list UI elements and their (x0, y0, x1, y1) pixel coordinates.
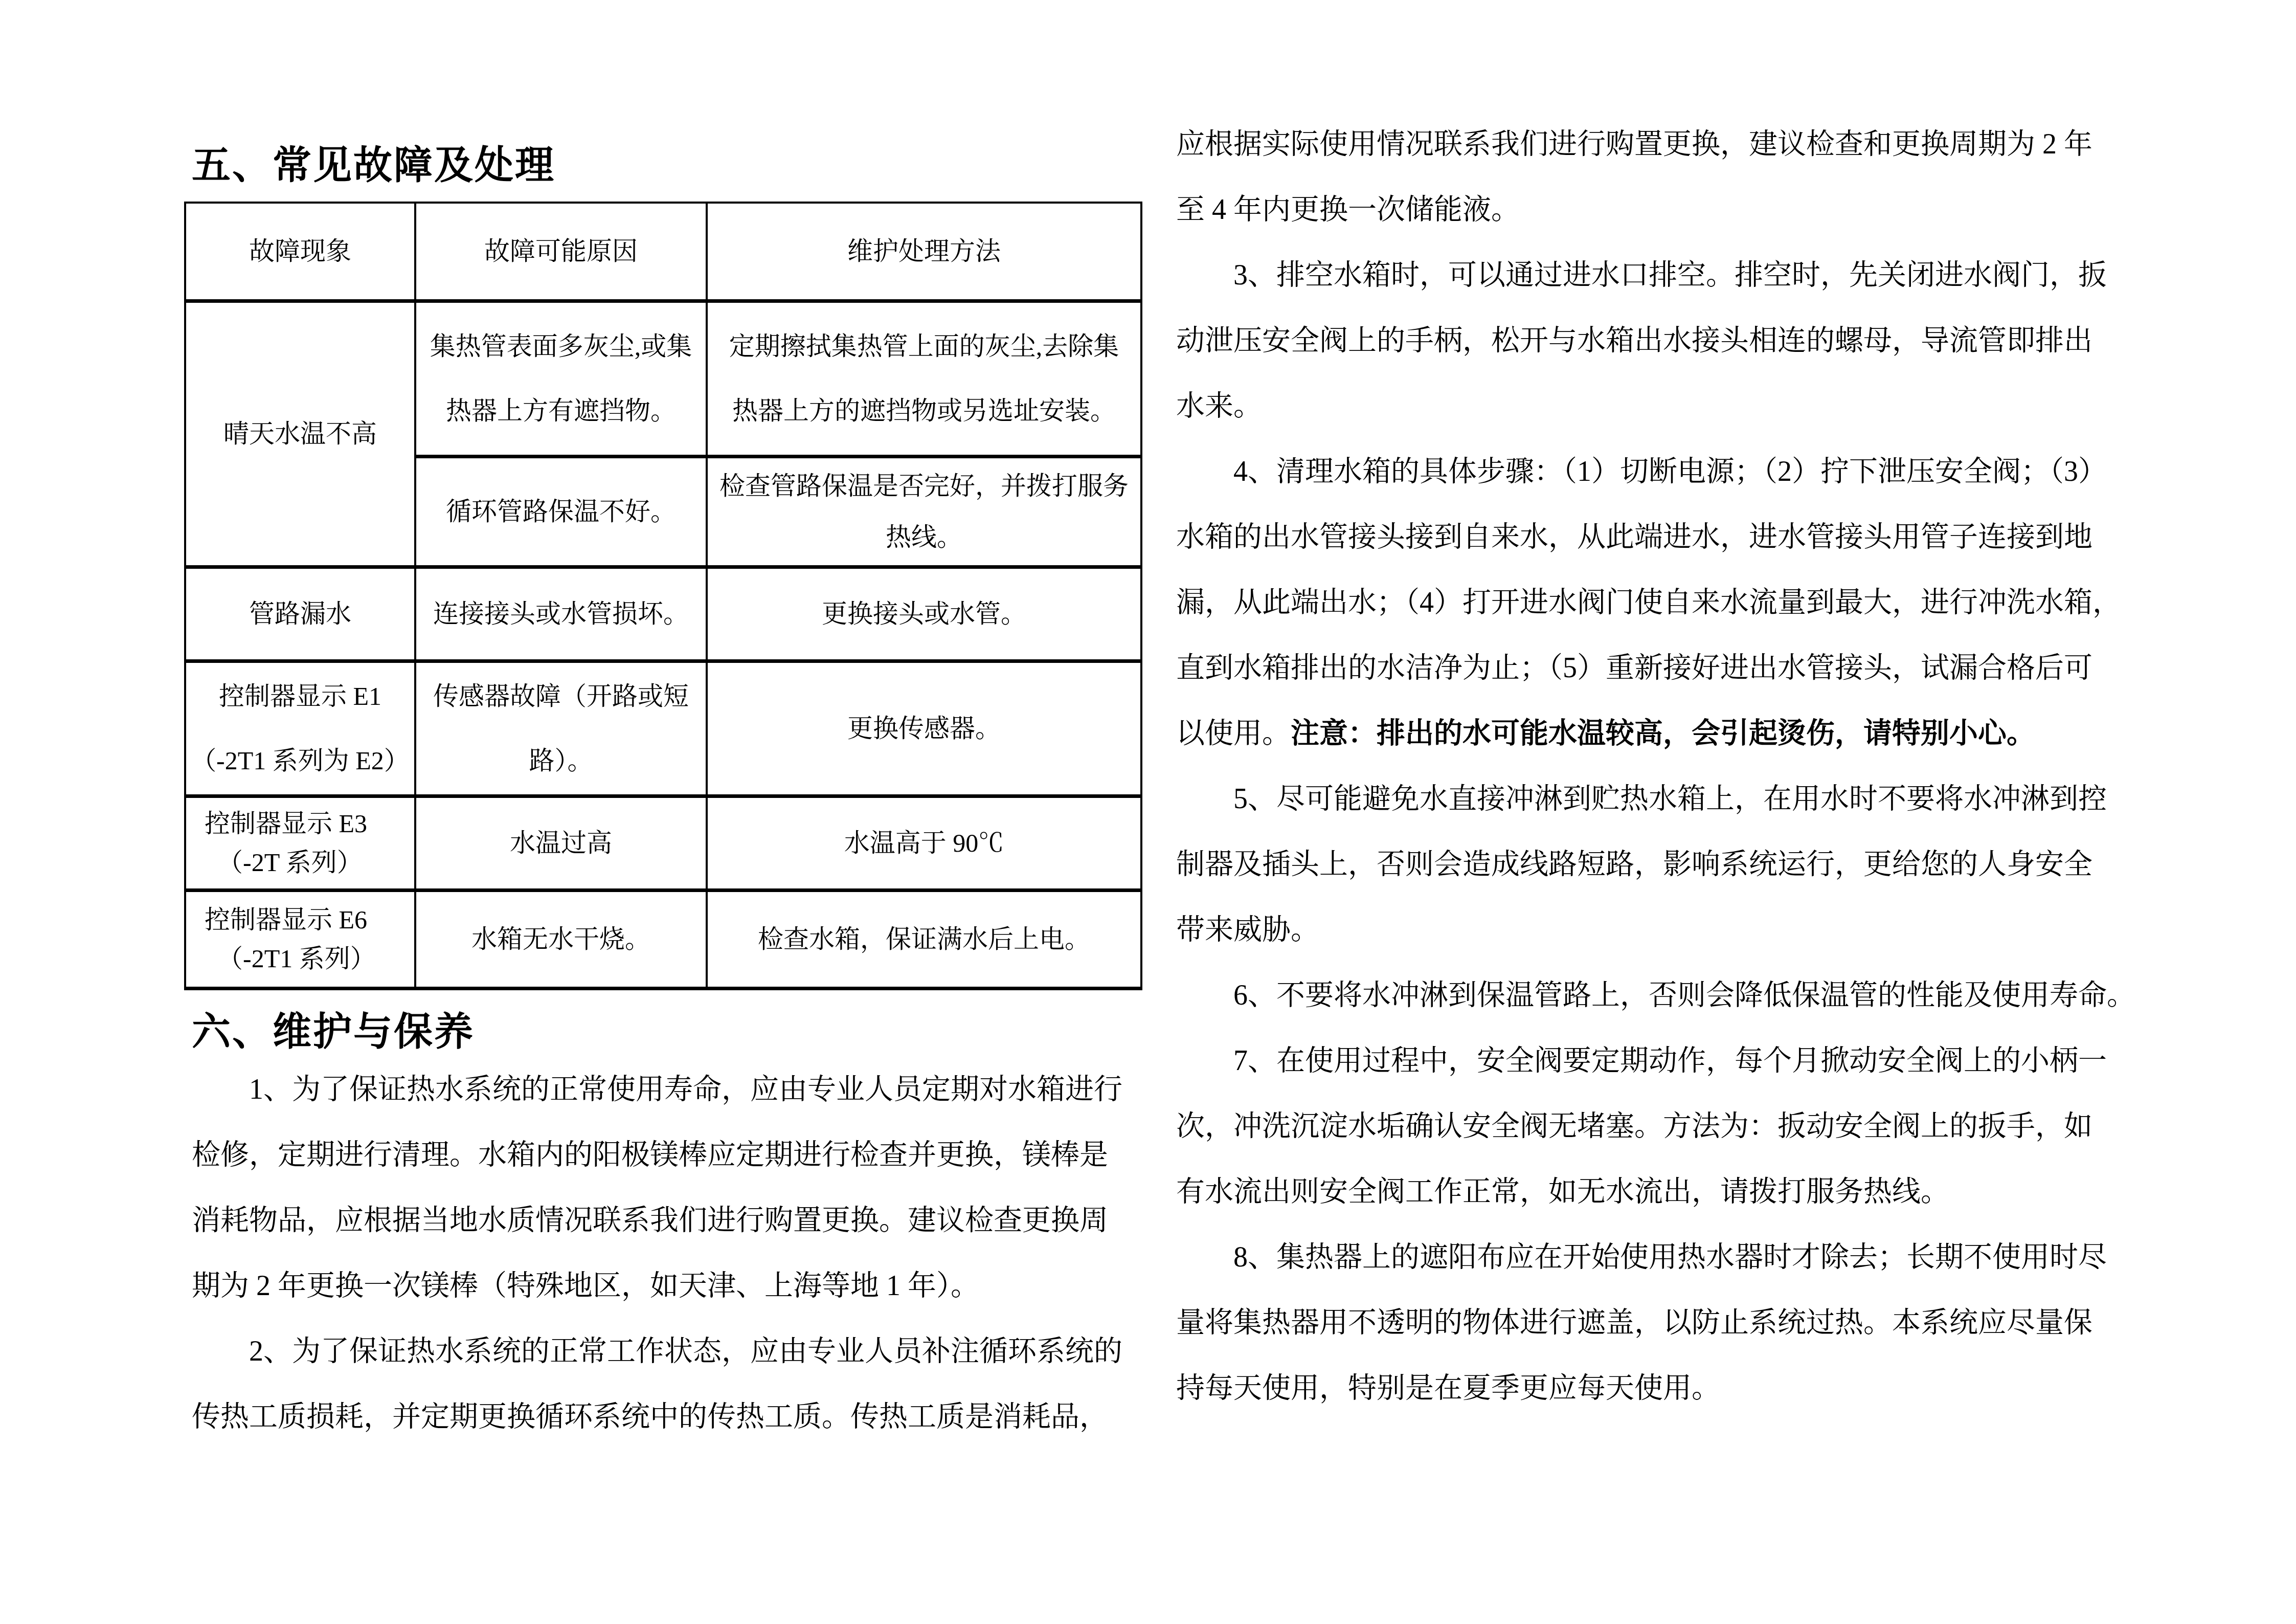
table-row-error-e3: 控制器显示 E3 （-2T 系列） 水温过高 水温高于 90℃ (185, 796, 1141, 890)
cell-phenomenon-sunny-low-temp: 晴天水温不高 (185, 301, 415, 567)
cell-phenomenon-e3: 控制器显示 E3 （-2T 系列） (185, 796, 415, 890)
text-line: 次，冲洗沉淀水垢确认安全阀无堵塞。方法为：扳动安全阀上的扳手，如 (1176, 1094, 2178, 1159)
cell-method-check-tank: 检查水箱，保证满水后上电。 (707, 890, 1141, 988)
header-maintenance-method: 维护处理方法 (707, 203, 1141, 301)
table-row-error-e6: 控制器显示 E6 （-2T1 系列） 水箱无水干烧。 检查水箱，保证满水后上电。 (185, 890, 1141, 988)
fault-table: 故障现象 故障可能原因 维护处理方法 晴天水温不高 集热管表面多灰尘,或集 热器… (184, 202, 1142, 990)
text-line: 5、尽可能避免水直接冲淋到贮热水箱上，在用水时不要将水冲淋到控 (1176, 766, 2178, 832)
cell-cause-dust-or-shade: 集热管表面多灰尘,或集 热器上方有遮挡物。 (415, 301, 707, 456)
table-row-error-e1: 控制器显示 E1 （-2T1 系列为 E2） 传感器故障（开路或短 路）。 更换… (185, 661, 1141, 796)
cell-cause-pipe-insulation: 循环管路保温不好。 (415, 456, 707, 567)
cell-phenomenon-e6: 控制器显示 E6 （-2T1 系列） (185, 890, 415, 988)
text-line: 至 4 年内更换一次储能液。 (1176, 177, 2178, 242)
text-line: 消耗物品，应根据当地水质情况联系我们进行购置更换。建议检查更换周 (192, 1188, 1194, 1253)
text-line: 有水流出则安全阀工作正常，如无水流出，请拨打服务热线。 (1176, 1159, 2178, 1225)
cell-cause-sensor-fault: 传感器故障（开路或短 路）。 (415, 661, 707, 796)
text-line: 持每天使用，特别是在夏季更应每天使用。 (1176, 1355, 2178, 1421)
bold-warning-text: 注意：排出的水可能水温较高，会引起烫伤，请特别小心。 (1291, 718, 2035, 749)
text-line: 8、集热器上的遮阳布应在开始使用热水器时才除去；长期不使用时尽 (1176, 1225, 2178, 1290)
text-line: 动泄压安全阀上的手柄，松开与水箱出水接头相连的螺母，导流管即排出 (1176, 308, 2178, 373)
text-segment: 以使用。 (1176, 718, 1291, 749)
text-line: 4、清理水箱的具体步骤：（1）切断电源；（2）拧下泄压安全阀；（3） (1176, 439, 2178, 504)
text-line: 检修，定期进行清理。水箱内的阳极镁棒应定期进行检查并更换，镁棒是 (192, 1122, 1194, 1188)
cell-method-replace-sensor: 更换传感器。 (707, 661, 1141, 796)
table-row-sunny-low-temp-a: 晴天水温不高 集热管表面多灰尘,或集 热器上方有遮挡物。 定期擦拭集热管上面的灰… (185, 301, 1141, 456)
text-line: 7、在使用过程中，安全阀要定期动作，每个月掀动安全阀上的小柄一 (1176, 1028, 2178, 1094)
text-line: 直到水箱排出的水洁净为止；（5）重新接好进出水管接头，试漏合格后可 (1176, 635, 2178, 701)
cell-method-above-90c: 水温高于 90℃ (707, 796, 1141, 890)
left-column-paragraphs: 1、为了保证热水系统的正常使用寿命，应由专业人员定期对水箱进行检修，定期进行清理… (192, 1057, 1194, 1450)
text-line: 2、为了保证热水系统的正常工作状态，应由专业人员补注循环系统的 (192, 1319, 1194, 1384)
maintenance-paragraph-1: 1、为了保证热水系统的正常使用寿命，应由专业人员定期对水箱进行检修，定期进行清理… (192, 1057, 1194, 1319)
text-line: 制器及插头上，否则会造成线路短路，影响系统运行，更给您的人身安全 (1176, 832, 2178, 897)
text-line: 量将集热器用不透明的物体进行遮盖，以防止系统过热。本系统应尽量保 (1176, 1290, 2178, 1355)
cell-cause-dry-heating: 水箱无水干烧。 (415, 890, 707, 988)
text-line: 水箱的出水管接头接到自来水，从此端进水，进水管接头用管子连接到地 (1176, 504, 2178, 570)
text-line: 6、不要将水冲淋到保温管路上，否则会降低保温管的性能及使用寿命。 (1176, 963, 2178, 1028)
text-line: 漏，从此端出水；（4）打开进水阀门使自来水流量到最大，进行冲洗水箱， (1176, 570, 2178, 635)
maintenance-paragraph-2: 2、为了保证热水系统的正常工作状态，应由专业人员补注循环系统的传热工质损耗，并定… (192, 1319, 1194, 1450)
manual-page: 五、常见故障及处理 故障现象 故障可能原因 维护处理方法 晴天水温不高 集热管表… (0, 0, 2296, 1624)
header-possible-cause: 故障可能原因 (415, 203, 707, 301)
text-line: 应根据实际使用情况联系我们进行购置更换，建议检查和更换周期为 2 年 (1176, 112, 2178, 177)
text-line: 期为 2 年更换一次镁棒（特殊地区，如天津、上海等地 1 年）。 (192, 1253, 1194, 1319)
text-line: 3、排空水箱时，可以通过进水口排空。排空时，先关闭进水阀门，扳 (1176, 242, 2178, 308)
text-line: 以使用。注意：排出的水可能水温较高，会引起烫伤，请特别小心。 (1176, 701, 2178, 766)
text-line: 传热工质损耗，并定期更换循环系统中的传热工质。传热工质是消耗品， (192, 1384, 1194, 1450)
section-5-heading: 五、常见故障及处理 (192, 134, 555, 190)
cell-phenomenon-pipe-leak: 管路漏水 (185, 567, 415, 661)
table-row-pipe-leak: 管路漏水 连接接头或水管损坏。 更换接头或水管。 (185, 567, 1141, 661)
header-fault-phenomenon: 故障现象 (185, 203, 415, 301)
cell-method-check-insulation: 检查管路保温是否完好，并拨打服务 热线。 (707, 456, 1141, 567)
text-line: 带来威胁。 (1176, 897, 2178, 963)
cell-cause-joint-damage: 连接接头或水管损坏。 (415, 567, 707, 661)
cell-method-replace-joint: 更换接头或水管。 (707, 567, 1141, 661)
cell-method-wipe-dust: 定期擦拭集热管上面的灰尘,去除集 热器上方的遮挡物或另选址安装。 (707, 301, 1141, 456)
section-6-heading: 六、维护与保养 (192, 1000, 475, 1056)
cell-cause-water-too-hot: 水温过高 (415, 796, 707, 890)
table-header-row: 故障现象 故障可能原因 维护处理方法 (185, 203, 1141, 301)
right-column-text: 应根据实际使用情况联系我们进行购置更换，建议检查和更换周期为 2 年至 4 年内… (1176, 112, 2178, 1421)
text-line: 1、为了保证热水系统的正常使用寿命，应由专业人员定期对水箱进行 (192, 1057, 1194, 1122)
text-line: 水来。 (1176, 373, 2178, 439)
cell-phenomenon-e1: 控制器显示 E1 （-2T1 系列为 E2） (185, 661, 415, 796)
